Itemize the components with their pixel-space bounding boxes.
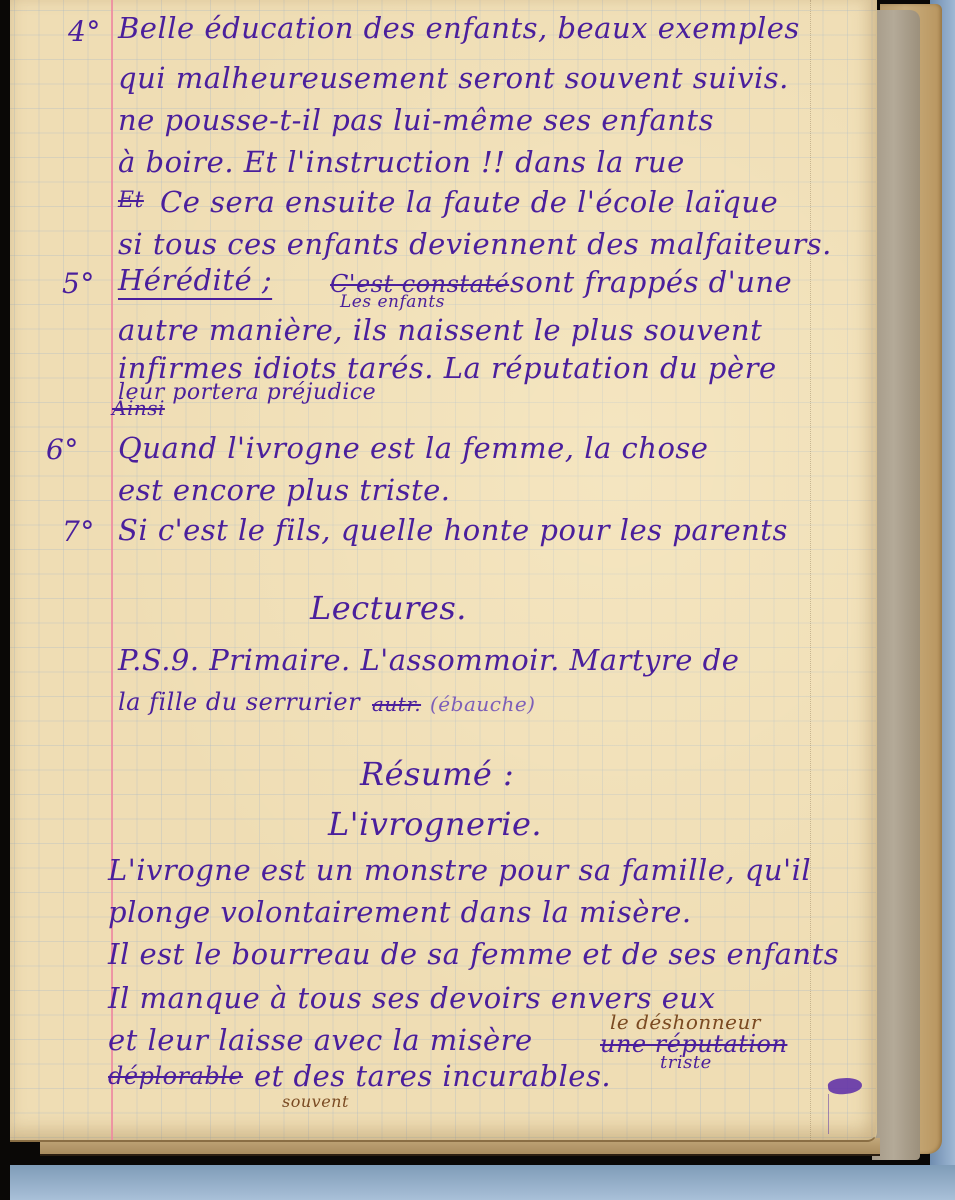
struck-text: déplorable [108, 1064, 243, 1088]
lectures-title: Lectures. [310, 592, 467, 624]
ink-blot [827, 1076, 862, 1095]
text-line: Belle éducation des enfants, beaux exemp… [118, 14, 800, 43]
struck-text: autr. [372, 694, 421, 714]
scanner-background-bottom [10, 1165, 955, 1200]
point-number: 4° [68, 18, 101, 46]
text-line: à boire. Et l'instruction !! dans la rue [118, 148, 685, 177]
point-number: 6° [46, 436, 79, 464]
text-line: infirmes idiots tarés. La réputation du … [118, 354, 777, 383]
correction-below: triste [660, 1054, 712, 1072]
text-line: sont frappés d'une [510, 268, 792, 297]
correction-under: souvent [282, 1094, 349, 1110]
resume-line: Il manque à tous ses devoirs envers eux [108, 984, 715, 1013]
resume-line: Il est le bourreau de sa femme et de ses… [108, 940, 839, 969]
resume-subtitle: L'ivrognerie. [328, 808, 542, 840]
correction-above: le déshonneur [610, 1012, 761, 1032]
struck-word: Et [118, 190, 144, 212]
text-line: qui malheureusement seront souvent suivi… [118, 64, 789, 93]
point-number: 5° [62, 270, 95, 298]
text-line: est encore plus triste. [118, 476, 451, 505]
text-line: ne pousse-t-il pas lui-même ses enfants [118, 106, 714, 135]
text-line: si tous ces enfants deviennent des malfa… [118, 230, 832, 259]
notebook-inner-cover [872, 10, 920, 1160]
text-line: autre manière, ils naissent le plus souv… [118, 316, 762, 345]
resume-line: L'ivrogne est un monstre pour sa famille… [108, 856, 811, 885]
text-line: leur portera préjudice [118, 382, 376, 404]
resume-title: Résumé : [360, 758, 514, 790]
resume-line: et des tares incurables. [254, 1062, 611, 1091]
notebook-page: 4° Belle éducation des enfants, beaux ex… [10, 0, 877, 1142]
resume-line: plonge volontairement dans la misère. [108, 898, 692, 927]
text-line: Quand l'ivrogne est la femme, la chose [118, 434, 708, 463]
resume-line: et leur laisse avec la misère [108, 1026, 533, 1055]
text-line: Si c'est le fils, quelle honte pour les … [118, 516, 788, 545]
point-number: 7° [62, 518, 95, 546]
text-line: Ce sera ensuite la faute de l'école laïq… [160, 188, 778, 217]
parenthetical-note: (ébauche) [430, 694, 535, 714]
lectures-line: la fille du serrurier [118, 690, 360, 714]
inserted-text: Les enfants [340, 294, 445, 311]
lectures-line: P.S.9. Primaire. L'assommoir. Martyre de [118, 646, 739, 675]
ink-mark [828, 1094, 829, 1134]
section-heading: Hérédité ; [118, 266, 272, 295]
